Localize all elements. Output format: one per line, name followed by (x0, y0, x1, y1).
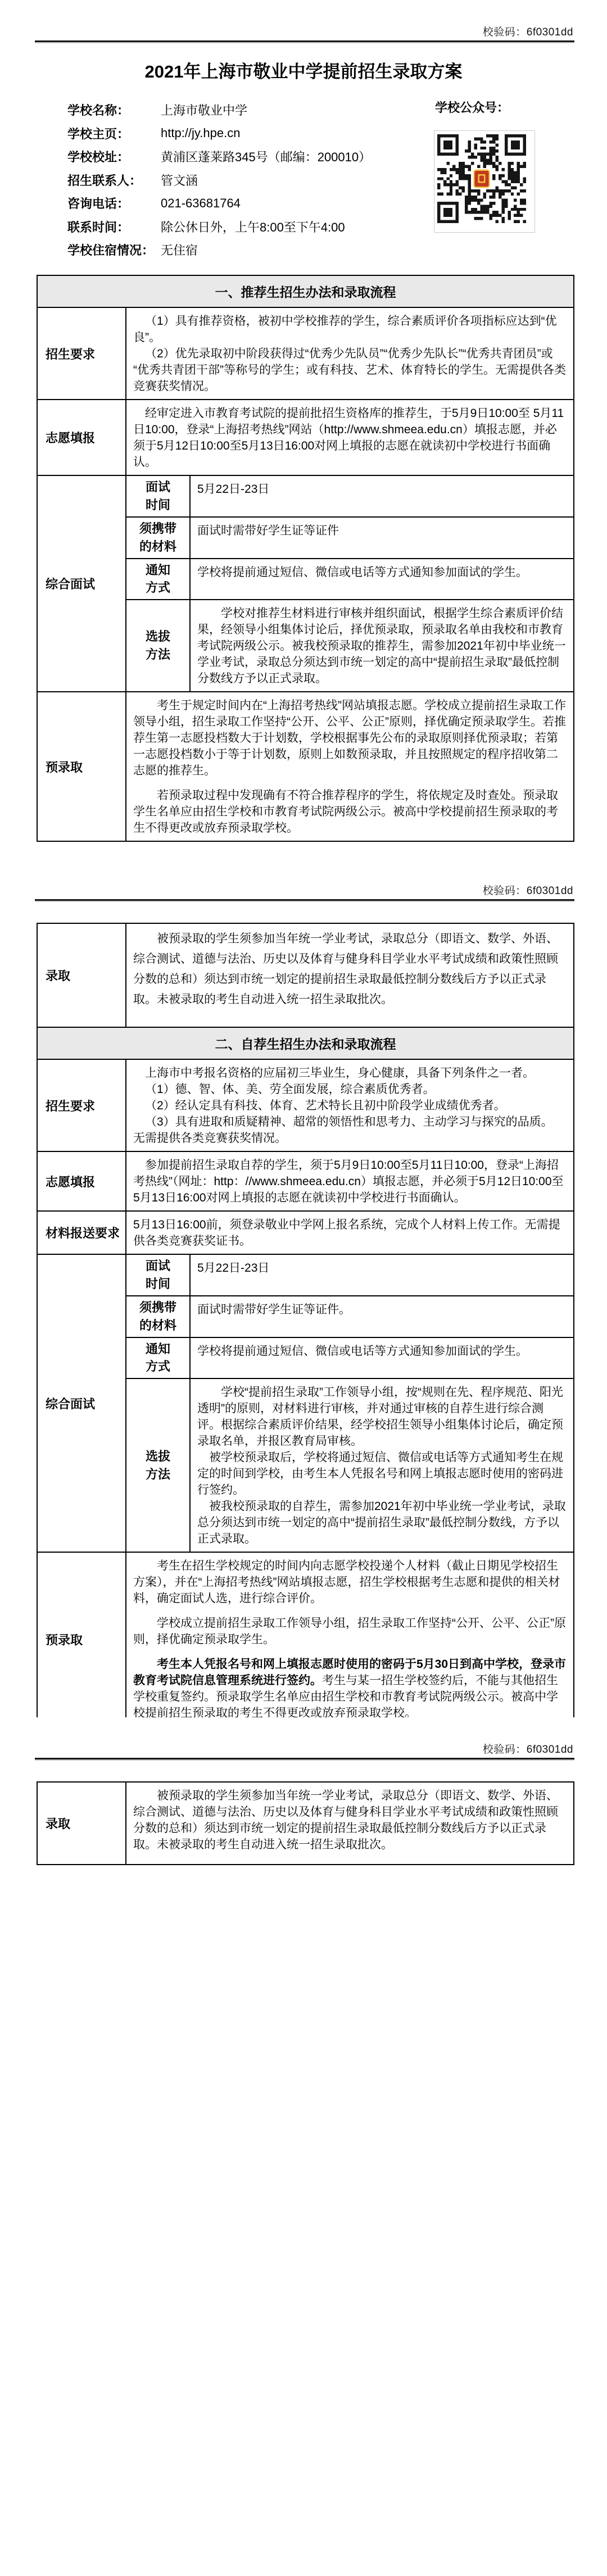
section-2-header: 二、自荐生招生办法和录取流程 (37, 1027, 574, 1059)
page-title: 2021年上海市敬业中学提前招生录取方案 (0, 57, 607, 83)
check-code: 校验码：6f0301dd (483, 882, 573, 897)
qr-frame (434, 130, 535, 233)
cell-volunteer-2: 参加提前招生录取自荐的学生，须于5月9日10:00至5月11日10:00，登录“… (126, 1151, 574, 1211)
page-rule (35, 1758, 574, 1759)
row-label-pre-admission: 预录取 (37, 692, 126, 841)
info-value: 除公休日外，上午8:00至下午4:00 (161, 218, 345, 235)
cell-notice: 学校将提前通过短信、微信或电话等方式通知参加面试的学生。 (190, 559, 574, 600)
cell-interview-time-2: 5月22日-23日 (190, 1254, 574, 1296)
check-code: 校验码：6f0301dd (483, 1741, 573, 1756)
cell-notice-2: 学校将提前通过短信、微信或电话等方式通知参加面试的学生。 (190, 1337, 574, 1379)
info-label: 学校名称： (67, 101, 161, 119)
paragraph: （2）经认定具有科技、体育、艺术特长且初中阶段学业成绩优秀者。 (133, 1097, 567, 1114)
paragraph: 考生本人凭报名号和网上填报志愿时使用的密码于5月30日到高中学校，登录市教育考试… (133, 1656, 567, 1717)
page-2: 校验码：6f0301dd 录取 被预录取的学生须参加当年统一学业考试，录取总分（… (0, 859, 607, 1717)
sublabel-notice-2: 通知 方式 (126, 1337, 190, 1379)
paragraph: 被我校预录取的自荐生，需参加2021年初中毕业统一学业考试，录取总分须达到市统一… (197, 1498, 567, 1547)
cell-materials-2: 面试时需带好学生证等证件。 (190, 1296, 574, 1337)
self-recommendation-table: 录取 被预录取的学生须参加当年统一学业考试，录取总分（即语文、数学、外语、综合测… (37, 923, 574, 1717)
info-value: 021-63681764 (161, 196, 241, 211)
info-value: 上海市敬业中学 (161, 101, 247, 119)
info-label: 学校校址： (67, 148, 161, 165)
cell-admission-2: 被预录取的学生须参加当年统一学业考试，录取总分（即语文、数学、外语、综合测试、道… (126, 1782, 574, 1865)
sublabel-materials: 须携带 的材料 (126, 517, 190, 559)
paragraph: （3）具有进取和质疑精神、超常的领悟性和思考力、主动学习与探究的品质。 (133, 1114, 567, 1130)
admission-continuation-table: 录取 被预录取的学生须参加当年统一学业考试，录取总分（即语文、数学、外语、综合测… (37, 1781, 574, 1865)
paragraph: （1）德、智、体、美、劳全面发展，综合素质优秀者。 (133, 1081, 567, 1097)
paragraph: 学校“提前招生录取”工作领导小组，按“规则在先、程序规范、阳光透明”的原则，对材… (197, 1384, 567, 1449)
cell-pre-admission: 考生于规定时间内在“上海招考热线”网站填报志愿。学校成立提前招生录取工作领导小组… (126, 692, 574, 841)
paragraph: 被预录取的学生须参加当年统一学业考试，录取总分（即语文、数学、外语、综合测试、道… (133, 929, 567, 1010)
paragraph: （1）具有推荐资格，被初中学校推荐的学生，综合素质评价各项指标应达到“优良”。 (133, 313, 567, 346)
info-row-boarding: 学校住宿情况： 无住宿 (67, 238, 573, 262)
sublabel-interview-time: 面试 时间 (126, 475, 190, 517)
page-1: 校验码：6f0301dd 2021年上海市敬业中学提前招生录取方案 学校名称： … (0, 0, 607, 859)
cell-materials: 面试时需带好学生证等证件 (190, 517, 574, 559)
info-value: http://jy.hpe.cn (161, 126, 240, 140)
cell-pre-admission-2: 考生在招生学校规定的时间内向志愿学校投递个人材料（截止日期见学校招生方案），并在… (126, 1552, 574, 1717)
check-code: 校验码：6f0301dd (483, 24, 573, 39)
school-info-block: 学校名称： 上海市敬业中学 学校主页： http://jy.hpe.cn 学校校… (67, 98, 573, 267)
info-value: 管文涵 (161, 171, 198, 189)
cell-requirements-2: 上海市中考报名资格的应届初三毕业生，身心健康，具备下列条件之一者。 （1）德、智… (126, 1059, 574, 1151)
row-label-material-submission: 材料报送要求 (37, 1211, 126, 1254)
cell-admission-1: 被预录取的学生须参加当年统一学业考试，录取总分（即语文、数学、外语、综合测试、道… (126, 923, 574, 1027)
cell-requirements: （1）具有推荐资格，被初中学校推荐的学生，综合素质评价各项指标应达到“优良”。 … (126, 307, 574, 400)
qr-code-image (437, 134, 526, 224)
page-3: 校验码：6f0301dd 录取 被预录取的学生须参加当年统一学业考试，录取总分（… (0, 1717, 607, 2576)
cell-selection-2: 学校“提前招生录取”工作领导小组，按“规则在先、程序规范、阳光透明”的原则，对材… (190, 1378, 574, 1552)
sublabel-selection: 选拔 方法 (126, 600, 190, 692)
page-rule (35, 899, 574, 901)
qr-area: 学校公众号： (434, 98, 574, 233)
sublabel-interview-time-2: 面试 时间 (126, 1254, 190, 1296)
qr-center-logo (472, 169, 491, 189)
cell-selection: 学校对推荐生材料进行审核并组织面试，根据学生综合素质评价结果，经领导小组集体讨论… (190, 600, 574, 692)
info-label: 咨询电话： (67, 194, 161, 212)
sublabel-notice: 通知 方式 (126, 559, 190, 600)
cell-material-submission: 5月13日16:00前，须登录敬业中学网上报名系统，完成个人材料上传工作。无需提… (126, 1211, 574, 1254)
row-label-requirements-2: 招生要求 (37, 1059, 126, 1151)
cell-volunteer: 经审定进入市教育考试院的提前批招生资格库的推荐生，于5月9日10:00至 5月1… (126, 400, 574, 475)
row-label-requirements: 招生要求 (37, 307, 126, 400)
row-label-volunteer-2: 志愿填报 (37, 1151, 126, 1211)
sublabel-selection-2: 选拔 方法 (126, 1378, 190, 1552)
paragraph: 无需提供各类竞赛获奖情况。 (133, 1130, 567, 1146)
info-value: 无住宿 (161, 241, 198, 258)
paragraph: 上海市中考报名资格的应届初三毕业生，身心健康，具备下列条件之一者。 (133, 1065, 567, 1081)
paragraph: 若预录取过程中发现确有不符合推荐程序的学生，将依规定及时查处。预录取学生名单应由… (133, 787, 567, 836)
sublabel-materials-2: 须携带 的材料 (126, 1296, 190, 1337)
info-label: 招生联系人： (67, 171, 161, 189)
paragraph: 经审定进入市教育考试院的提前批招生资格库的推荐生，于5月9日10:00至 5月1… (133, 405, 567, 470)
paragraph: 学校对推荐生材料进行审核并组织面试，根据学生综合素质评价结果，经领导小组集体讨论… (197, 605, 567, 687)
section-1-header: 一、推荐生招生办法和录取流程 (37, 275, 574, 307)
qr-label: 学校公众号： (435, 98, 574, 116)
paragraph: 考生于规定时间内在“上海招考热线”网站填报志愿。学校成立提前招生录取工作领导小组… (133, 697, 567, 779)
row-label-admission-2: 录取 (37, 1782, 126, 1865)
page-rule (35, 40, 574, 42)
paragraph: （2）优先录取初中阶段获得过“优秀少先队员”“优秀少先队长”“优秀共青团员”或“… (133, 346, 567, 394)
recommendation-table: 一、推荐生招生办法和录取流程 招生要求 （1）具有推荐资格，被初中学校推荐的学生… (37, 275, 574, 842)
row-label-admission-1: 录取 (37, 923, 126, 1027)
row-label-volunteer: 志愿填报 (37, 400, 126, 475)
paragraph: 参加提前招生录取自荐的学生，须于5月9日10:00至5月11日10:00，登录“… (133, 1157, 567, 1206)
info-label: 学校主页： (67, 125, 161, 142)
row-label-pre-admission-2: 预录取 (37, 1552, 126, 1717)
paragraph: 被预录取的学生须参加当年统一学业考试，录取总分（即语文、数学、外语、综合测试、道… (133, 1788, 567, 1853)
paragraph: 5月13日16:00前，须登录敬业中学网上报名系统，完成个人材料上传工作。无需提… (133, 1217, 567, 1249)
info-value: 黄浦区蓬莱路345号（邮编：200010） (161, 148, 371, 165)
cell-interview-time: 5月22日-23日 (190, 475, 574, 517)
row-label-interview-2: 综合面试 (37, 1254, 126, 1552)
paragraph: 被学校预录取后，学校将通过短信、微信或电话等方式通知考生在规定的时间到学校，由考… (197, 1449, 567, 1498)
paragraph: 学校成立提前招生录取工作领导小组，招生录取工作坚持“公开、公平、公正”原则，择优… (133, 1615, 567, 1648)
info-label: 联系时间： (67, 218, 161, 235)
info-label: 学校住宿情况： (67, 241, 161, 258)
row-label-interview: 综合面试 (37, 475, 126, 692)
paragraph: 考生在招生学校规定的时间内向志愿学校投递个人材料（截止日期见学校招生方案），并在… (133, 1558, 567, 1607)
